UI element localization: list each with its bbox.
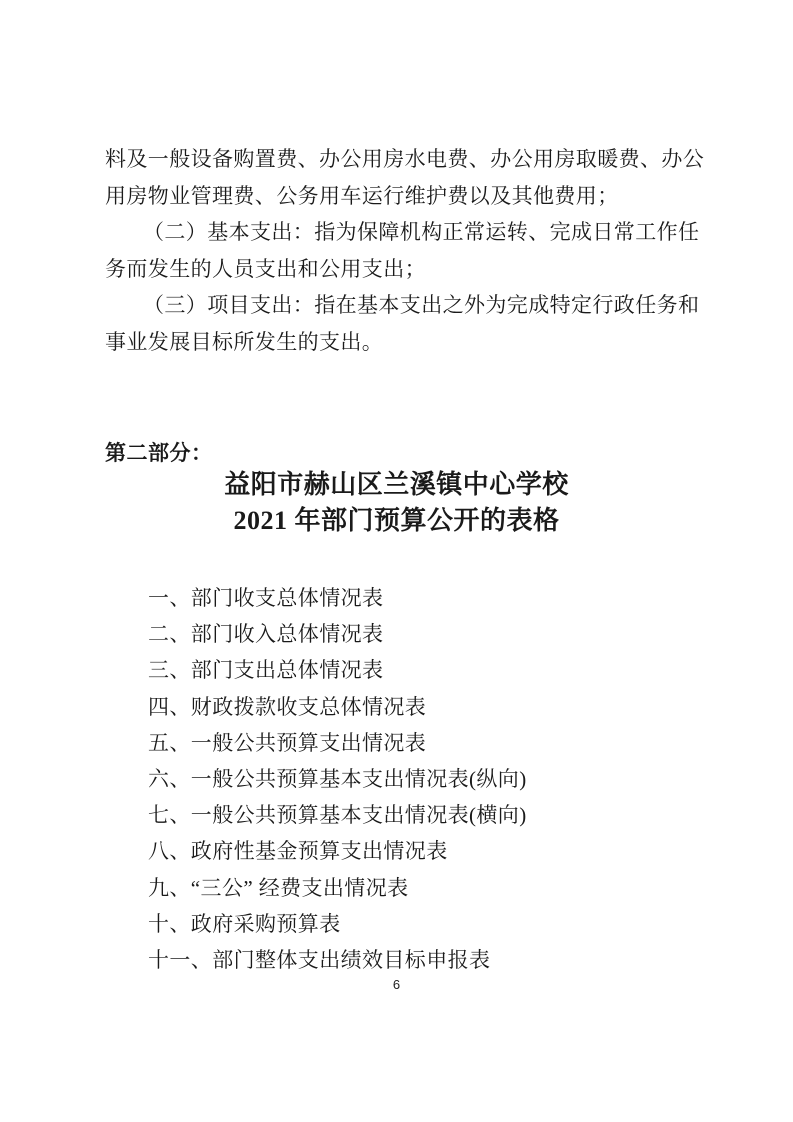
list-item: 二、部门收入总体情况表 <box>148 616 527 652</box>
list-item: 十一、部门整体支出绩效目标申报表 <box>148 942 527 978</box>
budget-table-list: 一、部门收支总体情况表 二、部门收入总体情况表 三、部门支出总体情况表 四、财政… <box>148 580 527 978</box>
document-page: 料及一般设备购置费、办公用房水电费、办公用房取暖费、办公 用房物业管理费、公务用… <box>0 0 793 1122</box>
body-line: 料及一般设备购置费、办公用房水电费、办公用房取暖费、办公 <box>105 141 705 178</box>
body-line: 事业发展目标所发生的支出。 <box>105 324 705 361</box>
list-item: 七、一般公共预算基本支出情况表(横向) <box>148 797 527 833</box>
body-line: 务而发生的人员支出和公用支出； <box>105 251 705 288</box>
list-item: 一、部门收支总体情况表 <box>148 580 527 616</box>
list-item: 十、政府采购预算表 <box>148 906 527 942</box>
body-line-item-3-project-expense: （三）项目支出：指在基本支出之外为完成特定行政任务和 <box>105 287 705 324</box>
document-title-budget-tables: 2021 年部门预算公开的表格 <box>0 503 793 539</box>
body-line-item-2-basic-expense: （二）基本支出：指为保障机构正常运转、完成日常工作任 <box>105 214 705 251</box>
page-number: 6 <box>0 977 793 992</box>
list-item: 五、一般公共预算支出情况表 <box>148 725 527 761</box>
list-item: 八、政府性基金预算支出情况表 <box>148 833 527 869</box>
document-title-school-name: 益阳市赫山区兰溪镇中心学校 <box>0 467 793 503</box>
section-two-label: 第二部分： <box>105 437 213 467</box>
list-item: 六、一般公共预算基本支出情况表(纵向) <box>148 761 527 797</box>
body-paragraphs: 料及一般设备购置费、办公用房水电费、办公用房取暖费、办公 用房物业管理费、公务用… <box>105 141 705 361</box>
body-line: 用房物业管理费、公务用车运行维护费以及其他费用； <box>105 178 705 215</box>
list-item: 四、财政拨款收支总体情况表 <box>148 689 527 725</box>
list-item: 九、“三公” 经费支出情况表 <box>148 870 527 906</box>
document-title: 益阳市赫山区兰溪镇中心学校 2021 年部门预算公开的表格 <box>0 467 793 539</box>
list-item: 三、部门支出总体情况表 <box>148 652 527 688</box>
